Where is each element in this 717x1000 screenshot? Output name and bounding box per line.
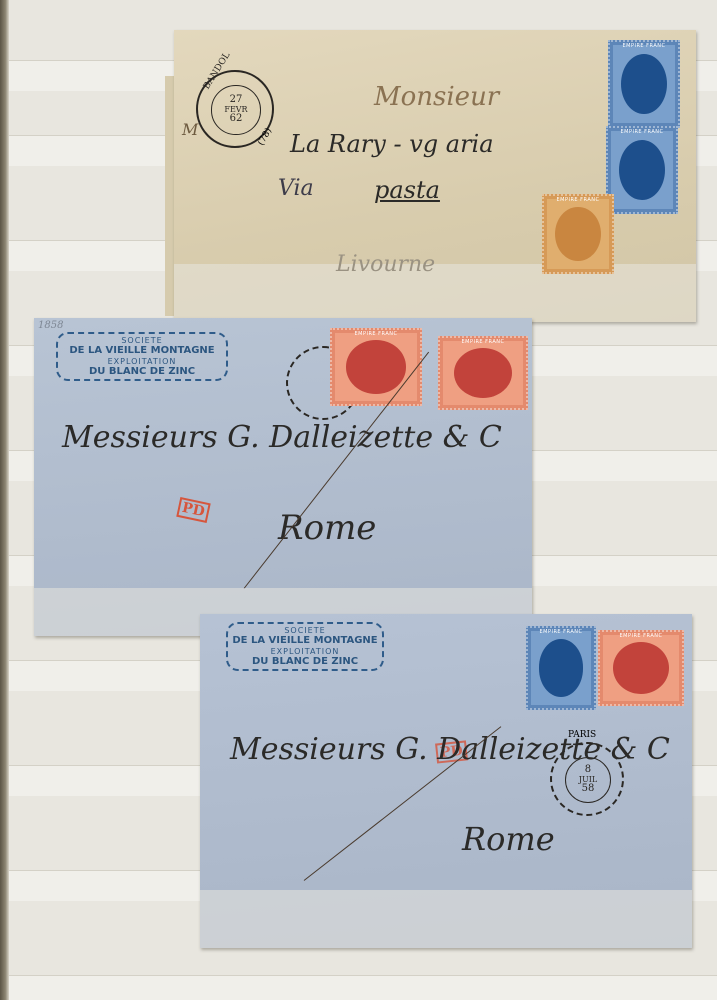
address-city: Livourne: [336, 252, 435, 277]
pencil-note: 1858: [38, 320, 63, 331]
stamp-header: EMPIRE FRANC: [440, 339, 526, 345]
company-cachet: SOCIETE DE LA VIEILLE MONTAGNE EXPLOITAT…: [56, 332, 228, 381]
cachet-line: DE LA VIEILLE MONTAGNE: [232, 635, 378, 647]
address-name: La Rary - vg aria: [290, 130, 494, 158]
stamp-header: EMPIRE FRANC: [610, 43, 678, 49]
pd-mark: PD: [176, 497, 210, 523]
address-via-name: pasta: [374, 176, 440, 204]
stamp-header: EMPIRE FRANC: [544, 197, 612, 203]
emperor-portrait-icon: [613, 642, 669, 694]
cachet-line: EXPLOITATION: [232, 647, 378, 656]
cachet-line: DU BLANC DE ZINC: [232, 656, 378, 668]
company-cachet: SOCIETE DE LA VIEILLE MONTAGNE EXPLOITAT…: [226, 622, 384, 671]
cachet-line: DE LA VIEILLE MONTAGNE: [62, 345, 222, 357]
cachet-line: SOCIETE: [232, 626, 378, 635]
postmark-date: 27 FEVR 62: [211, 85, 260, 134]
address-addressee: Messieurs G. Dalleizette & C: [62, 420, 502, 455]
cachet-line: DU BLANC DE ZINC: [62, 366, 222, 378]
stamp-red-left: EMPIRE FRANC: [330, 328, 422, 406]
emperor-portrait-icon: [346, 340, 406, 393]
emperor-portrait-icon: [621, 54, 667, 114]
address-initial: M: [182, 120, 198, 139]
address-city: Rome: [462, 820, 555, 858]
address-addressee: Messieurs G. Dalleizette & C: [230, 732, 670, 767]
postmark-year: 62: [212, 114, 259, 125]
postmark-year: 58: [566, 784, 611, 795]
stamp-header: EMPIRE FRANC: [332, 331, 420, 337]
glassine-strip: [200, 890, 692, 948]
cover-vieille-montagne-2: SOCIETE DE LA VIEILLE MONTAGNE EXPLOITAT…: [200, 614, 692, 948]
cover-vieille-montagne-1: 1858 SOCIETE DE LA VIEILLE MONTAGNE EXPL…: [34, 318, 532, 636]
postmark-dept: (78): [256, 126, 274, 147]
cachet-line: EXPLOITATION: [62, 357, 222, 366]
emperor-portrait-icon: [539, 639, 584, 697]
emperor-portrait-icon: [454, 348, 512, 398]
stamp-blue: EMPIRE FRANC: [526, 626, 596, 710]
stamp-blue-lower: EMPIRE FRANC: [606, 126, 678, 214]
stamp-header: EMPIRE FRANC: [600, 633, 682, 639]
cachet-line: SOCIETE: [62, 336, 222, 345]
address-via: Via: [278, 176, 314, 201]
stock-strip: [9, 975, 717, 1000]
stamp-blue-upper: EMPIRE FRANC: [608, 40, 680, 128]
postmark-bandol: BANDOL 27 FEVR 62 (78): [196, 70, 274, 148]
stamp-header: EMPIRE FRANC: [608, 129, 676, 135]
stamp-orange: EMPIRE FRANC: [542, 194, 614, 274]
stamp-red: EMPIRE FRANC: [598, 630, 684, 706]
address-salutation: Monsieur: [374, 82, 499, 112]
emperor-portrait-icon: [619, 140, 665, 200]
stamp-red-right: EMPIRE FRANC: [438, 336, 528, 410]
stamp-header: EMPIRE FRANC: [528, 629, 594, 635]
address-city: Rome: [278, 508, 376, 548]
album-binding: [0, 0, 9, 1000]
cover-bandol: BANDOL 27 FEVR 62 (78) M Monsieur La Rar…: [174, 30, 696, 322]
emperor-portrait-icon: [555, 207, 601, 262]
